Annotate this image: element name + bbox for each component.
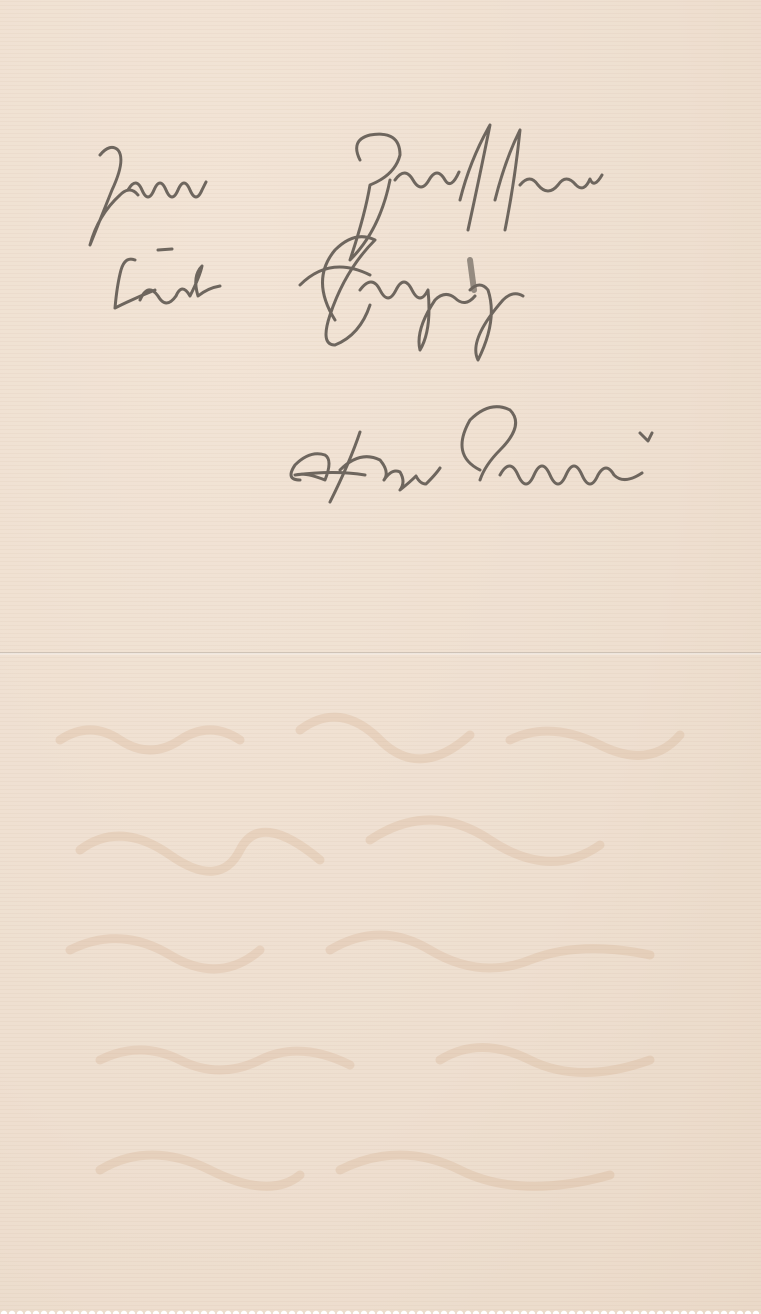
line-carl-runge <box>115 237 523 360</box>
paper-sheet: Herrn Professor Carl Runge Akademie <box>0 0 761 1314</box>
deckled-bottom-edge <box>0 1306 761 1314</box>
handwritten-address <box>0 0 761 560</box>
fold-crease <box>0 652 761 655</box>
line-akademie <box>291 407 652 502</box>
bleed-through-text <box>40 700 730 1260</box>
